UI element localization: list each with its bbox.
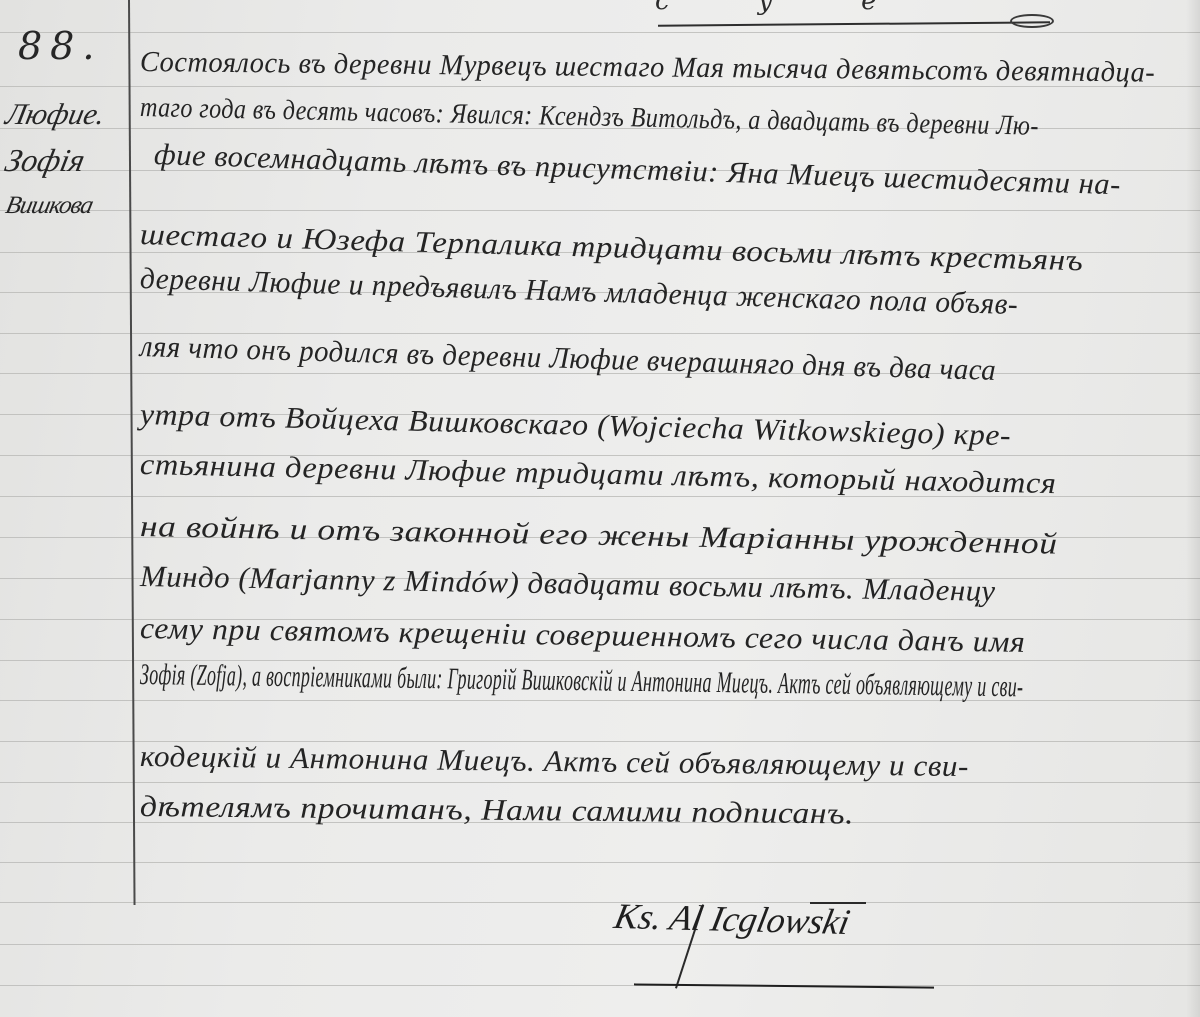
ruled-line	[0, 944, 1200, 945]
margin-village: Люфие.	[2, 98, 108, 132]
heading-flourish	[1010, 14, 1054, 28]
text-line: на войнѣ и отъ законной его жены Маріанн…	[140, 510, 1058, 562]
top-heading-fragment: с у е	[655, 0, 917, 16]
register-page: с у е 88. Люфие. Зофія Вишкова Состоялос…	[0, 0, 1200, 1017]
ruled-line	[0, 782, 1200, 783]
signature-overline	[810, 902, 866, 904]
text-line: дѣтелямъ прочитанъ, Нами самими подписан…	[140, 790, 854, 831]
ruled-line	[0, 985, 1200, 986]
text-line: таго года въ десять часовъ: Явился: Ксен…	[140, 92, 1040, 143]
text-line: утра отъ Войцеха Вишковскаго (Wojciecha …	[140, 398, 1012, 453]
ruled-line	[0, 32, 1200, 33]
margin-surname: Вишкова	[3, 192, 95, 220]
text-line: ляя что онъ родился въ деревни Люфие вче…	[140, 330, 997, 388]
text-line: фие восемнадцать лѣтъ въ присутствіи: Ян…	[153, 138, 1121, 202]
ruled-line	[0, 210, 1200, 211]
margin-divider-line	[128, 0, 136, 905]
page-edge-shadow	[1186, 0, 1200, 1017]
ruled-line	[0, 902, 1200, 903]
entry-number: 88.	[18, 24, 102, 68]
margin-child-name: Зофія	[2, 142, 88, 179]
heading-underline	[658, 21, 1050, 26]
text-line: кодецкій и Антонина Миецъ. Актъ сей объя…	[140, 740, 969, 784]
text-line: Миндо (Marjanny z Mindów) двадцати восьм…	[140, 560, 996, 609]
text-line: Зофія (Zofja), а воспріемниками были: Гр…	[140, 658, 1024, 704]
ruled-line	[0, 862, 1200, 863]
text-line: Состоялось въ деревни Мурвецъ шестаго Ма…	[140, 46, 1156, 90]
